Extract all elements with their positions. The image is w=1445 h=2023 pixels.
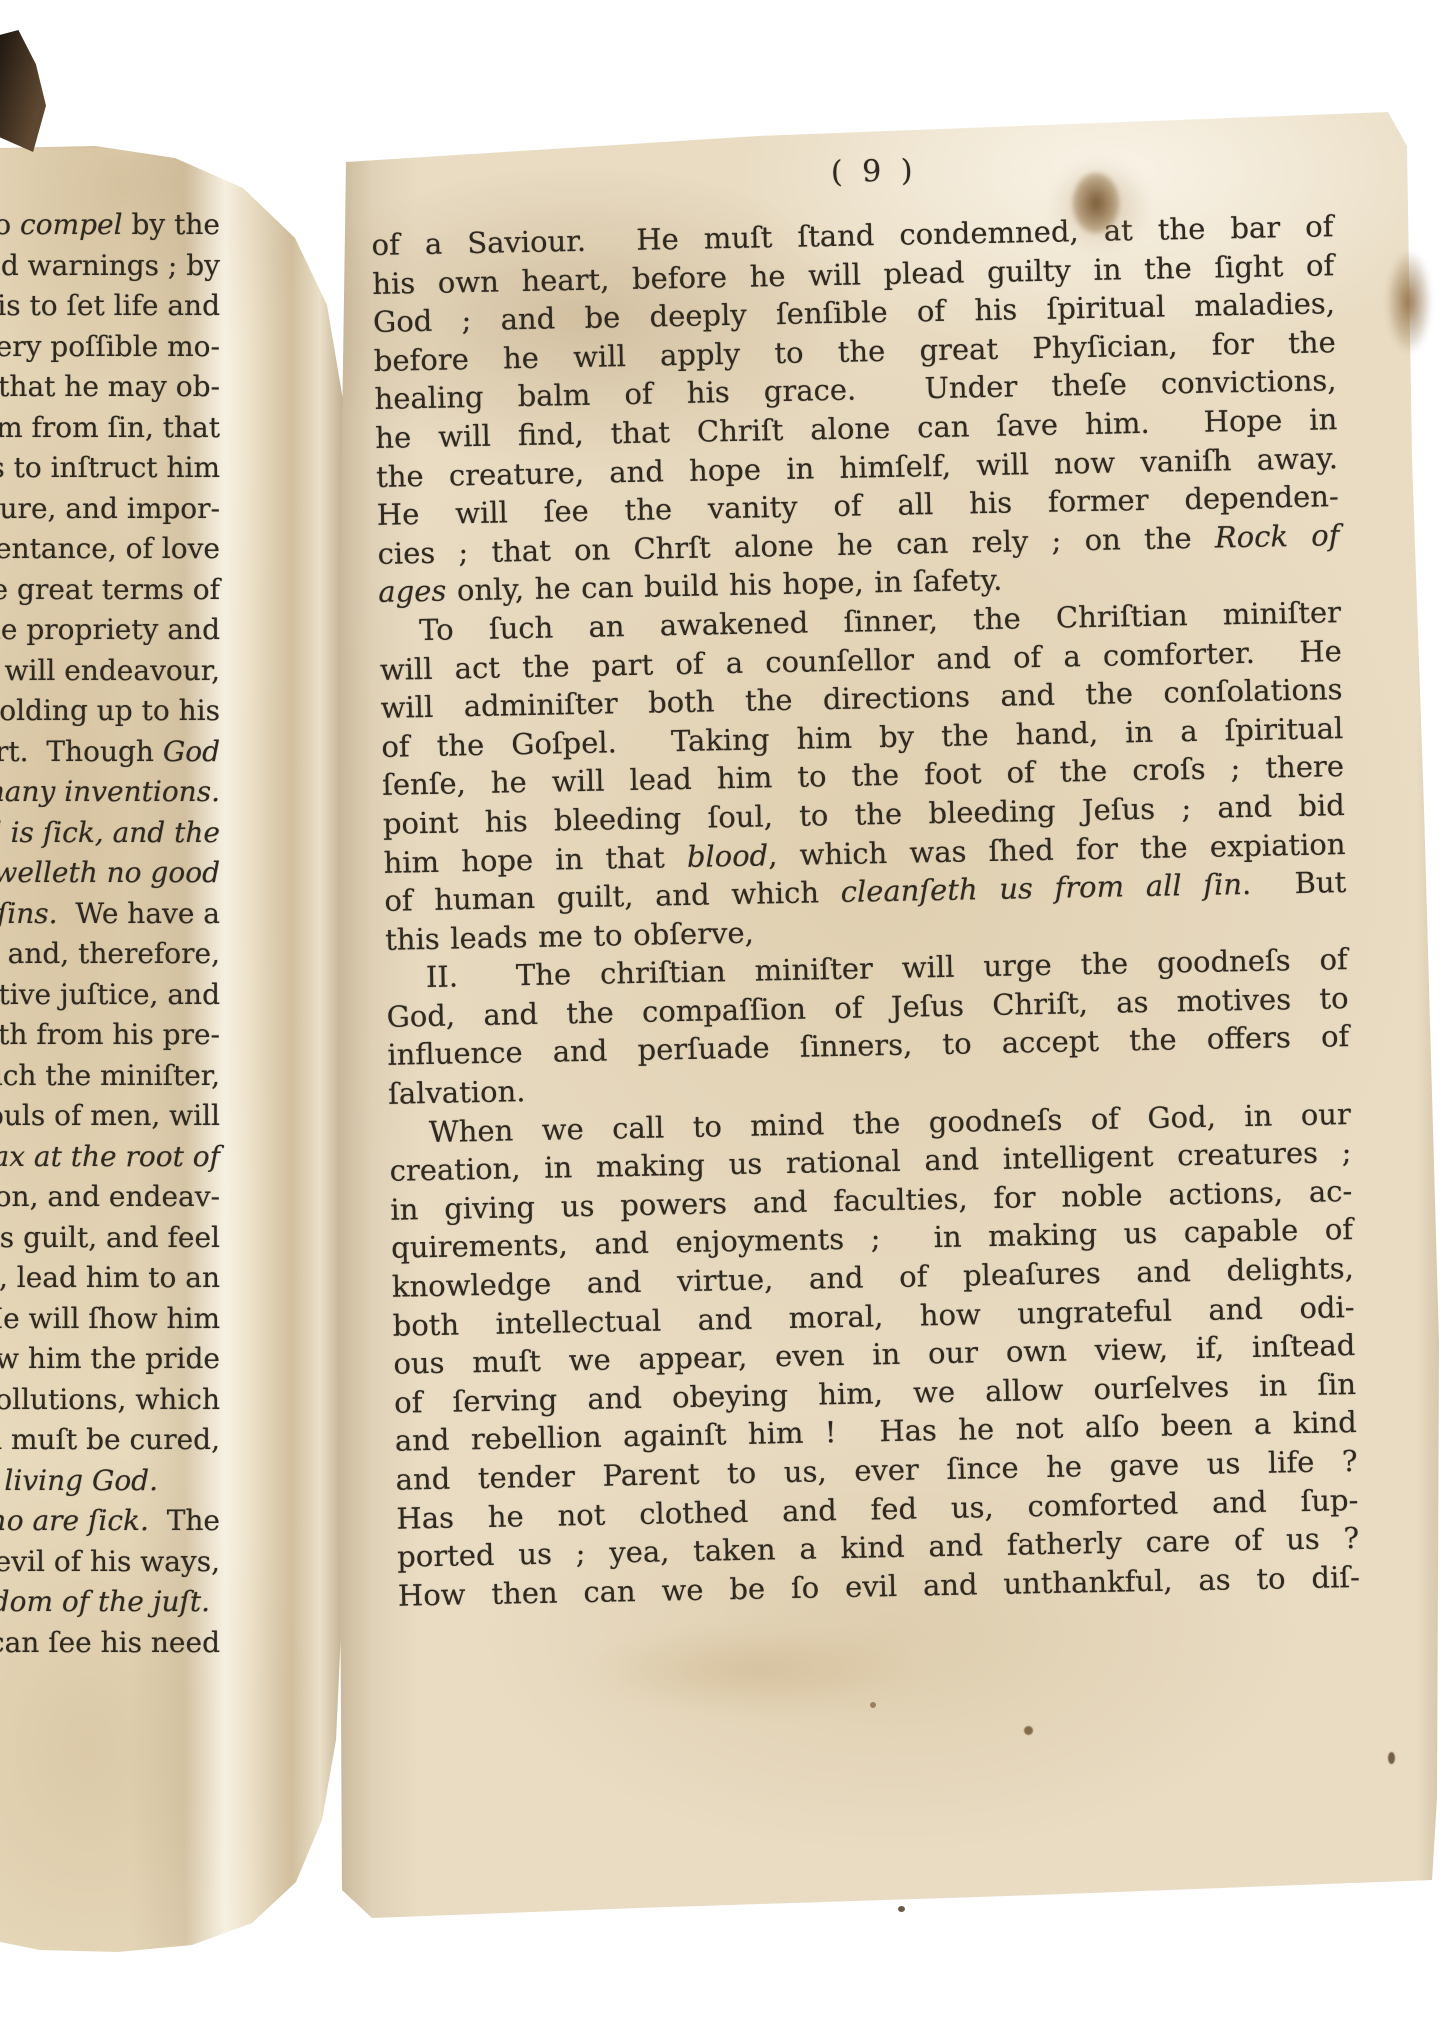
- left-page: s to compel by thend warnings ; byis to …: [0, 130, 352, 1968]
- italic-text-run: head is ſick, and the: [0, 816, 220, 849]
- text-line-fragment: ation, and endeav-: [0, 1177, 220, 1217]
- text-run: is to ſet life and: [0, 289, 220, 322]
- text-line-fragment: ter will endeavour,: [0, 651, 220, 691]
- text-run: epentance, of love: [0, 532, 220, 565]
- text-line-fragment: , who are ſick. The: [0, 1501, 220, 1541]
- text-run: , holding up to his: [0, 694, 220, 727]
- text-run: , that he may ob-: [0, 370, 220, 403]
- text-line-fragment: od ; and, therefore,: [0, 934, 220, 974]
- text-run: this leads me to obſerve,: [385, 915, 754, 956]
- italic-text-run: cleanſeth us from all ſin: [840, 867, 1242, 909]
- text-run: ter will endeavour,: [0, 654, 220, 687]
- text-run: nd warnings ; by: [0, 249, 220, 282]
- text-line-fragment: , that he may ob-: [0, 367, 220, 407]
- text-run: e evil of his ways,: [0, 1545, 220, 1578]
- text-line-fragment: ne can ſee his need: [0, 1623, 220, 1663]
- speck: [898, 1906, 905, 1912]
- text-run: ne can ſee his need: [0, 1626, 220, 1659]
- italic-text-run: d ſins.: [0, 897, 58, 930]
- italic-text-run: wiſdom of the juſt.: [0, 1585, 210, 1618]
- italic-text-run: ages: [378, 574, 447, 609]
- italic-text-run: fleſh, dwelleth no good: [0, 856, 220, 889]
- text-run: him hope in that: [383, 839, 687, 879]
- right-page-content: ( 9 ) of a Saviour. He muſt ſtand condem…: [370, 145, 1360, 1615]
- text-line-fragment: re, lead him to an: [0, 1258, 220, 1298]
- text-line-fragment: fleſh, dwelleth no good: [0, 853, 220, 893]
- text-line-fragment: s to compel by the: [0, 205, 220, 245]
- italic-text-run: e living God.: [0, 1464, 158, 1497]
- text-line-fragment: e evil of his ways,: [0, 1542, 220, 1582]
- text-run: s to: [0, 208, 20, 241]
- text-run: by the: [123, 208, 220, 241]
- text-run: his guilt, and feel: [0, 1221, 220, 1254]
- paragraph: of a Saviour. He muſt ſtand condemned, a…: [371, 207, 1340, 612]
- text-line-fragment: how him the pride: [0, 1339, 220, 1379]
- text-line-fragment: very poſſible mo-: [0, 327, 220, 367]
- paragraph: When we call to mind the goodneſs of God…: [389, 1095, 1361, 1615]
- book-board-edge: [0, 30, 46, 152]
- text-run: We have a: [58, 897, 220, 930]
- text-line-fragment: e living God.: [0, 1461, 158, 1501]
- italic-text-run: Rock of: [1215, 518, 1340, 554]
- italic-text-run: out many inventions.: [0, 775, 220, 808]
- text-run: eart. Though: [0, 735, 163, 768]
- text-run: ſouls of men, will: [0, 1099, 220, 1132]
- paragraph: II. The chriſtian miniſter will urge the…: [386, 940, 1351, 1113]
- text-run: pollutions, which: [0, 1383, 220, 1416]
- italic-text-run: blood: [687, 838, 769, 874]
- text-run: how him the pride: [0, 1342, 220, 1375]
- text-run: oth from his pre-: [0, 1018, 220, 1051]
- text-line-fragment: which the miniſter,: [0, 1056, 220, 1096]
- right-page-paragraphs: of a Saviour. He muſt ſtand condemned, a…: [371, 207, 1360, 1615]
- text-line-fragment: wiſdom of the juſt.: [0, 1582, 210, 1622]
- text-run: . But: [1242, 865, 1347, 901]
- text-line-fragment: eart. Though God: [0, 732, 220, 772]
- text-line-fragment: nd warnings ; by: [0, 246, 220, 286]
- text-line-fragment: dictive juſtice, and: [0, 975, 220, 1015]
- text-run: ation, and endeav-: [0, 1180, 220, 1213]
- text-line-fragment: ch muſt be cured,: [0, 1420, 220, 1460]
- text-run: is to inſtruct him: [0, 451, 220, 484]
- text-run: e great terms of: [0, 573, 220, 606]
- text-run: the propriety and: [0, 613, 220, 646]
- text-line-fragment: pollutions, which: [0, 1380, 220, 1420]
- text-line-fragment: is to inſtruct him: [0, 448, 220, 488]
- text-run: m from ſin, that: [0, 411, 220, 444]
- text-line-fragment: e great terms of: [0, 570, 220, 610]
- text-run: ſalvation.: [388, 1074, 526, 1111]
- book-photo: s to compel by thend warnings ; byis to …: [0, 0, 1445, 2023]
- text-run: very poſſible mo-: [0, 330, 220, 363]
- text-line-fragment: out many inventions.: [0, 772, 220, 812]
- text-line-fragment: oth from his pre-: [0, 1015, 220, 1055]
- text-line-fragment: He will ſhow him: [0, 1299, 220, 1339]
- paragraph: To ſuch an awakened ſinner, the Chriſtia…: [379, 593, 1348, 959]
- text-line-fragment: m from ſin, that: [0, 408, 220, 448]
- text-line-fragment: nature, and impor-: [0, 489, 220, 529]
- text-run: dictive juſtice, and: [0, 978, 220, 1011]
- text-run: of human guilt, and which: [384, 875, 841, 918]
- text-run: The: [149, 1504, 220, 1537]
- text-line-fragment: head is ſick, and the: [0, 813, 220, 853]
- text-line-fragment: epentance, of love: [0, 529, 220, 569]
- text-line-fragment: is to ſet life and: [0, 286, 220, 326]
- italic-text-run: the ax at the root of: [0, 1140, 220, 1173]
- text-run: ch muſt be cured,: [0, 1423, 220, 1456]
- italic-text-run: , who are ſick.: [0, 1504, 149, 1537]
- text-run: which the miniſter,: [0, 1059, 220, 1092]
- text-run: He will ſhow him: [0, 1302, 220, 1335]
- italic-text-run: God: [163, 735, 220, 768]
- right-page: ( 9 ) of a Saviour. He muſt ſtand condem…: [338, 98, 1445, 1926]
- text-line-fragment: the ax at the root of: [0, 1137, 220, 1177]
- text-run: re, lead him to an: [0, 1261, 220, 1294]
- italic-text-run: compel: [20, 208, 123, 241]
- page-number: ( 9 ): [370, 145, 1333, 210]
- text-line-fragment: ſouls of men, will: [0, 1096, 220, 1136]
- text-run: od ; and, therefore,: [0, 937, 220, 970]
- text-line-fragment: d ſins. We have a: [0, 894, 220, 934]
- text-run: nature, and impor-: [0, 492, 220, 525]
- text-line-fragment: his guilt, and feel: [0, 1218, 220, 1258]
- text-line-fragment: , holding up to his: [0, 691, 220, 731]
- text-line-fragment: the propriety and: [0, 610, 220, 650]
